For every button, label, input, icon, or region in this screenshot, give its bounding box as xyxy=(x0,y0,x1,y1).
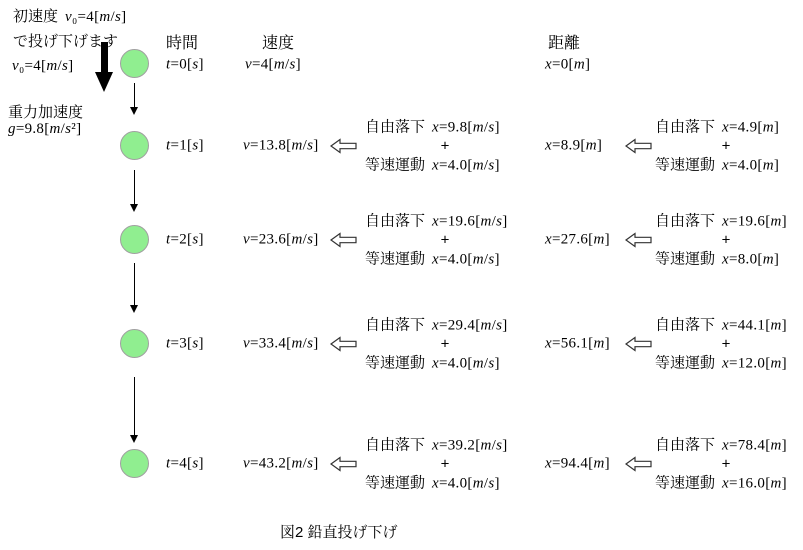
distance-breakdown-t4: 自由落下x=78.4[m] + 等速運動x=16.0[m] xyxy=(655,436,797,493)
uniform-motion-label: 等速運動 xyxy=(365,156,425,175)
uniform-distance-t4: x=16.0[m] xyxy=(722,475,787,494)
figure-caption: 図2 鉛直投げ下げ xyxy=(280,521,398,542)
free-fall-velocity-t4: x=39.2[m/s] xyxy=(432,437,508,456)
distance-value-t1: x=8.9[m] xyxy=(545,138,602,155)
distance-breakdown-t1: 自由落下x=4.9[m] + 等速運動x=4.0[m] xyxy=(655,118,797,175)
fall-arrow-3-shaft xyxy=(134,263,135,305)
plus-sign: + xyxy=(441,231,450,250)
uniform-motion-label: 等速運動 xyxy=(365,474,425,493)
initial-velocity-note-line1: 初速度 v₀=4[m/s] xyxy=(13,5,126,26)
header-velocity: 速度 xyxy=(262,30,294,53)
free-fall-distance-t4: x=78.4[m] xyxy=(722,437,787,456)
velocity-breakdown-t2: 自由落下x=19.6[m/s] + 等速運動x=4.0[m/s] xyxy=(365,212,525,269)
free-fall-velocity-t1: x=9.8[m/s] xyxy=(432,119,500,138)
plus-sign: + xyxy=(441,455,450,474)
velocity-value-t3: v=33.4[m/s] xyxy=(243,336,319,353)
time-value-t4: t=4[s] xyxy=(166,456,204,473)
free-fall-label: 自由落下 xyxy=(365,436,425,455)
initial-throw-arrow-head-icon xyxy=(95,72,113,92)
header-distance: 距離 xyxy=(548,30,580,53)
fall-arrow-3-head-icon xyxy=(130,305,138,313)
uniform-velocity-t3: x=4.0[m/s] xyxy=(432,355,500,374)
time-value-t2: t=2[s] xyxy=(166,232,204,249)
left-block-arrow-icon xyxy=(625,233,652,248)
uniform-distance-t1: x=4.0[m] xyxy=(722,157,779,176)
uniform-velocity-t4: x=4.0[m/s] xyxy=(432,475,500,494)
velocity-value-t1: v=13.8[m/s] xyxy=(243,138,319,155)
left-block-arrow-icon xyxy=(330,233,357,248)
free-fall-label: 自由落下 xyxy=(655,436,715,455)
free-fall-label: 自由落下 xyxy=(655,316,715,335)
free-fall-velocity-t3: x=29.4[m/s] xyxy=(432,317,508,336)
uniform-motion-label: 等速運動 xyxy=(655,474,715,493)
free-fall-label: 自由落下 xyxy=(365,212,425,231)
uniform-distance-t2: x=8.0[m] xyxy=(722,251,779,270)
velocity-breakdown-t3: 自由落下x=29.4[m/s] + 等速運動x=4.0[m/s] xyxy=(365,316,525,373)
left-block-arrow-icon xyxy=(625,457,652,472)
uniform-motion-label: 等速運動 xyxy=(365,354,425,373)
free-fall-label: 自由落下 xyxy=(655,118,715,137)
vertical-throw-diagram: 初速度 v₀=4[m/s] で投げ下げます v₀=4[m/s] 重力加速度 g=… xyxy=(0,0,803,550)
time-value-t0: t=0[s] xyxy=(166,57,204,74)
ball-t3 xyxy=(120,329,149,358)
distance-value-t2: x=27.6[m] xyxy=(545,232,610,249)
velocity-value-t4: v=43.2[m/s] xyxy=(243,456,319,473)
fall-arrow-2-shaft xyxy=(134,170,135,204)
uniform-velocity-t1: x=4.0[m/s] xyxy=(432,157,500,176)
free-fall-label: 自由落下 xyxy=(365,118,425,137)
gravity-formula: g=9.8[m/s²] xyxy=(8,121,81,138)
velocity-value-t0: v=4[m/s] xyxy=(245,57,301,74)
distance-breakdown-t3: 自由落下x=44.1[m] + 等速運動x=12.0[m] xyxy=(655,316,797,373)
fall-arrow-4-shaft xyxy=(134,377,135,435)
velocity-breakdown-t4: 自由落下x=39.2[m/s] + 等速運動x=4.0[m/s] xyxy=(365,436,525,493)
gravity-label: 重力加速度 xyxy=(8,101,83,122)
fall-arrow-4-head-icon xyxy=(130,435,138,443)
plus-sign: + xyxy=(722,231,731,250)
time-value-t3: t=3[s] xyxy=(166,336,204,353)
distance-value-t4: x=94.4[m] xyxy=(545,456,610,473)
left-block-arrow-icon xyxy=(330,457,357,472)
ball-t2 xyxy=(120,225,149,254)
free-fall-label: 自由落下 xyxy=(655,212,715,231)
free-fall-distance-t1: x=4.9[m] xyxy=(722,119,779,138)
uniform-velocity-t2: x=4.0[m/s] xyxy=(432,251,500,270)
plus-sign: + xyxy=(722,335,731,354)
plus-sign: + xyxy=(722,455,731,474)
uniform-motion-label: 等速運動 xyxy=(655,354,715,373)
ball-t4 xyxy=(120,449,149,478)
ball-t1 xyxy=(120,131,149,160)
fall-arrow-2-head-icon xyxy=(130,204,138,212)
free-fall-velocity-t2: x=19.6[m/s] xyxy=(432,213,508,232)
left-block-arrow-icon xyxy=(625,337,652,352)
left-block-arrow-icon xyxy=(625,139,652,154)
velocity-breakdown-t1: 自由落下x=9.8[m/s] + 等速運動x=4.0[m/s] xyxy=(365,118,525,175)
initial-velocity-formula: v₀=4[m/s] xyxy=(65,9,126,26)
distance-value-t0: x=0[m] xyxy=(545,57,590,74)
initial-velocity-label: 初速度 xyxy=(13,5,58,26)
v0-formula: v₀=4[m/s] xyxy=(12,58,73,75)
left-block-arrow-icon xyxy=(330,337,357,352)
uniform-motion-label: 等速運動 xyxy=(655,250,715,269)
free-fall-label: 自由落下 xyxy=(365,316,425,335)
distance-value-t3: x=56.1[m] xyxy=(545,336,610,353)
time-value-t1: t=1[s] xyxy=(166,138,204,155)
uniform-motion-label: 等速運動 xyxy=(655,156,715,175)
uniform-distance-t3: x=12.0[m] xyxy=(722,355,787,374)
fall-arrow-1-head-icon xyxy=(130,107,138,115)
distance-breakdown-t2: 自由落下x=19.6[m] + 等速運動x=8.0[m] xyxy=(655,212,797,269)
velocity-value-t2: v=23.6[m/s] xyxy=(243,232,319,249)
free-fall-distance-t2: x=19.6[m] xyxy=(722,213,787,232)
ball-t0 xyxy=(120,49,149,78)
plus-sign: + xyxy=(441,335,450,354)
uniform-motion-label: 等速運動 xyxy=(365,250,425,269)
free-fall-distance-t3: x=44.1[m] xyxy=(722,317,787,336)
plus-sign: + xyxy=(441,137,450,156)
left-block-arrow-icon xyxy=(330,139,357,154)
header-time: 時間 xyxy=(166,30,198,53)
fall-arrow-1-shaft xyxy=(134,83,135,107)
plus-sign: + xyxy=(722,137,731,156)
initial-throw-arrow-shaft xyxy=(101,42,108,73)
